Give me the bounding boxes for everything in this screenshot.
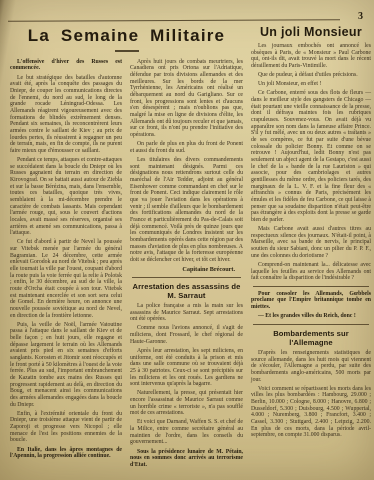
sarraut-closing-paragraph: Sous la présidence lunaire de M. Pétain,…	[130, 449, 243, 469]
paragraph: Après leur arrestation, les sept milicie…	[130, 348, 243, 388]
paragraph: Les titulaires des divers commandements …	[130, 157, 243, 264]
column-3: Un joli Monsieur Les journaux embochés o…	[251, 25, 371, 471]
paragraph: Un joli Monsieur, en effet !	[251, 81, 371, 88]
paragraph: Mais Carbone avait aussi d'autres titres…	[251, 226, 371, 259]
paragraph: Ce fut d'abord à partir de Nevel la pous…	[10, 239, 122, 319]
paragraph: Et voici que Darnand, Waffen S. S. et ch…	[130, 419, 243, 446]
paragraph: — Et les grandes villes du Reich, donc !	[251, 313, 371, 320]
article-title-bombardements: Bombardements sur l'Allemagne	[251, 329, 371, 347]
article-title-semaine-militaire: La Semaine Militaire	[10, 26, 243, 46]
sarraut-paragraphs: La police française a mis la main sur le…	[130, 303, 243, 446]
paragraph: Voici comment se répartissent les morts …	[251, 386, 371, 439]
paragraph: Après huit jours de combats meurtriers, …	[130, 59, 243, 139]
paragraph: Les journaux embochés ont annoncé les ob…	[251, 43, 371, 70]
paragraph: D'après les renseignements statistiques …	[251, 350, 371, 383]
monsieur-paragraphs: Les journaux embochés ont annoncé les ob…	[251, 43, 371, 282]
column-1: L'offensive d'hiver des Russes est comme…	[10, 59, 122, 471]
semaine-col1-paragraphs: Le but stratégique des batailles d'autom…	[10, 75, 122, 444]
article-columns: L'offensive d'hiver des Russes est comme…	[10, 59, 243, 471]
paragraph: Que de pudeur, à défaut d'utiles précisi…	[251, 72, 371, 79]
paragraph: On parle de plus en plus du front de Pon…	[130, 141, 243, 154]
paragraph: Le but stratégique des batailles d'autom…	[10, 75, 122, 155]
section-divider	[253, 286, 369, 287]
author-signature: Capitaine Brécourt.	[130, 266, 235, 273]
paragraph: Comprend-on maintenant la... délicatesse…	[251, 262, 371, 282]
paragraph: Pour consoler les Allemands, Gœbbels pro…	[251, 291, 371, 311]
paragraph: Naturellement, la presse, qui présentait…	[130, 390, 243, 417]
semaine-col2-paragraphs: Après huit jours de combats meurtriers, …	[130, 59, 243, 264]
section-divider	[132, 277, 241, 278]
lead-paragraph: L'offensive d'hiver des Russes est comme…	[10, 59, 122, 72]
bombardements-paragraphs: D'après les renseignements statistiques …	[251, 350, 371, 439]
page-content: La Semaine Militaire L'offensive d'hiver…	[10, 25, 371, 471]
paragraph: Ce Carbone, enterré sous des flots de fl…	[251, 90, 371, 223]
column-2: Après huit jours de combats meurtriers, …	[130, 59, 243, 471]
italy-note-paragraph: En Italie, dans les âpres montagnes de l…	[10, 447, 122, 460]
title-dash	[115, 50, 139, 52]
paragraph: Puis, la veille de Noël, l'armée Vatouti…	[10, 322, 122, 409]
paragraph: Comme nous l'avions annoncé, il s'agit d…	[130, 325, 243, 345]
article-semaine-militaire: La Semaine Militaire L'offensive d'hiver…	[10, 25, 243, 471]
paragraph: La police française a mis la main sur le…	[130, 303, 243, 323]
section-divider	[253, 324, 369, 325]
paragraph: Pendant ce temps, attaques et contre-att…	[10, 157, 122, 237]
article-title-sarraut: Arrestation des assassins de M. Sarraut	[130, 282, 243, 300]
paragraph: Enfin, à l'extrémité orientale du front …	[10, 411, 122, 444]
newspaper-page: 3 La Semaine Militaire L'offensive d'hiv…	[0, 0, 374, 480]
brief-item: Pour consoler les Allemands, Gœbbels pro…	[251, 291, 371, 320]
article-title-joli-monsieur: Un joli Monsieur	[251, 25, 371, 39]
page-number: 3	[358, 11, 363, 22]
top-rule	[8, 19, 340, 22]
